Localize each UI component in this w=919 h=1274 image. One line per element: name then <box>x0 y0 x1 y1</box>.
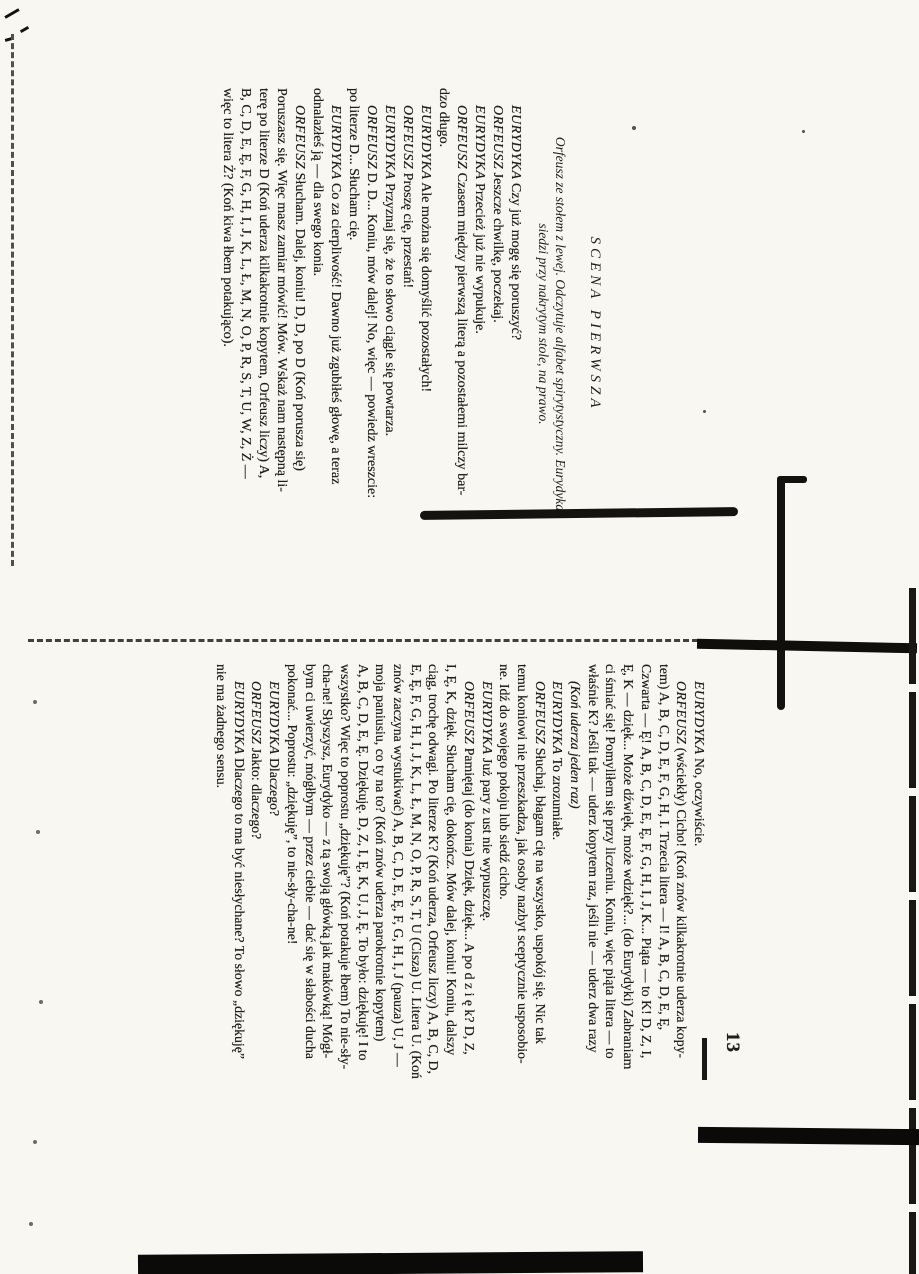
script-line: terę po literze D (Koń uderza kilkakrotn… <box>254 88 272 560</box>
scan-artifact-corner-mark <box>777 476 785 710</box>
script-line: pokonać... Poprostu: „dziękuję”, to nie-… <box>283 664 301 1146</box>
script-line: ORFEUSZ Proszę cię, przestań! <box>398 88 416 560</box>
page-1-block: SCENA PIERWSZA Orfeusz ze stołem z lewej… <box>218 88 603 560</box>
script-line: A, B, C, D, E, Ę. Dziękuję. D, Z, I, Ę, … <box>354 664 372 1146</box>
scan-artifact-dot <box>33 1140 37 1144</box>
scan-artifact-page-edge-bar <box>138 1251 643 1274</box>
script-line: ORFEUSZ (wściekły) Cicho! (Koń znów kilk… <box>673 664 691 1146</box>
speaker-name: ORFEUSZ <box>462 681 477 744</box>
script-line: ORFEUSZ Czasem między pierwszą literą a … <box>452 88 470 560</box>
script-line: Ę, K — dzięk... Może dźwięk, może wdzięk… <box>619 664 637 1146</box>
speaker-name: ORFEUSZ <box>292 105 307 169</box>
script-line: EURYDYKA Dlaczego to ma być niesłychane?… <box>230 664 248 1146</box>
page-2-block: 13 EURYDYKA No, oczywiście.ORFEUSZ (wści… <box>212 664 743 1146</box>
scan-artifact-dot <box>33 700 37 704</box>
scan-artifact-dot <box>39 1000 43 1004</box>
speaker-name: EURYDYKA <box>267 681 282 755</box>
script-line: EURYDYKA Dlaczego? <box>265 664 283 1146</box>
scan-artifact-margin-dashed-line <box>11 34 14 566</box>
speaker-name: ORFEUSZ <box>490 105 505 169</box>
script-line: ORFEUSZ D. D... Koniu, mów dalej! No, wi… <box>362 88 380 560</box>
speaker-name: ORFEUSZ <box>364 105 379 169</box>
script-line: cha-ne! Słyszysz, Eurydyko — z tą swoją … <box>319 664 337 1146</box>
scan-artifact-speck <box>632 126 636 130</box>
speaker-name: EURYDYKA <box>472 105 487 180</box>
page-2-lines: EURYDYKA No, oczywiście.ORFEUSZ (wściekł… <box>212 664 708 1146</box>
script-line: ORFEUSZ Słucham. Dalej, koniu! D, D, po … <box>290 88 308 560</box>
speaker-name: EURYDYKA <box>692 681 707 755</box>
script-line: więc to litera Ż? (Koń kiwa łbem potakuj… <box>218 88 236 560</box>
script-line: EURYDYKA Co za cierpliwość! Dawno już zg… <box>326 88 344 560</box>
script-line: Poruszasz się. Więc masz zamiar mówić! M… <box>272 88 290 560</box>
script-line: I, Ę, K, dzięk. Słucham cię, dokończ. Mó… <box>442 664 460 1146</box>
script-line: B, C, D, E, Ę, F, G, H, I, J, K, L, Ł, M… <box>236 88 254 560</box>
script-line: bym ci uwierzyć, mógłbym — przez ciebie … <box>301 664 319 1146</box>
scanned-book-page: SCENA PIERWSZA Orfeusz ze stołem z lewej… <box>0 0 919 1274</box>
speaker-name: ORFEUSZ <box>674 681 689 744</box>
scan-artifact-page-edge-bar <box>909 588 916 1274</box>
script-line: ORFEUSZ Jeszcze chwilkę, poczekaj. <box>488 88 506 560</box>
speaker-name: ORFEUSZ <box>533 681 548 744</box>
script-line: EURYDYKA Czy już mogę się poruszyć? <box>506 88 524 560</box>
script-line: temu koniowi nie przeszkadza, jak osoby … <box>513 664 531 1146</box>
speaker-name: EURYDYKA <box>508 105 523 180</box>
script-line: Czwarta — Ę! A, B, C, D, E, Ę, F, G, H, … <box>637 664 655 1146</box>
script-line: EURYDYKA Przecież już nie wypukuje. <box>470 88 488 560</box>
scan-artifact-corner-mark <box>777 476 807 483</box>
script-line: EURYDYKA Ale można się domyślić pozostał… <box>416 88 434 560</box>
script-line: odnalazłeś ją — dla swego konia. <box>308 88 326 560</box>
script-line: ORFEUSZ Pamiętaj (do konia) Dzięk, dzięk… <box>460 664 478 1146</box>
stage-direction-line: siedzi przy nakrytym stole, na prawo. <box>535 88 552 560</box>
scan-artifact-speck <box>802 130 805 133</box>
scan-artifact-dot <box>36 830 40 834</box>
speaker-name: EURYDYKA <box>328 105 343 180</box>
scan-artifact-speck <box>703 410 706 413</box>
script-line: ORFEUSZ Jakto: dlaczego? <box>248 664 266 1146</box>
script-line: EURYDYKA Przyznaj się, że to słowo ciągl… <box>380 88 398 560</box>
page-1-lines: EURYDYKA Czy już mogę się poruszyć?ORFEU… <box>218 88 524 560</box>
script-line: nie ma żadnego sensu. <box>212 664 230 1146</box>
script-line: moja paniusiu, co ty na to? (Koń znów ud… <box>372 664 390 1146</box>
scan-artifact-fold-dashed-line <box>28 639 698 642</box>
speaker-name: ORFEUSZ <box>454 105 469 169</box>
script-line: ne. Idź do swojego pokoju lub siedź cich… <box>496 664 514 1146</box>
stage-directions: Orfeusz ze stołem z lewej. Odczytuje alf… <box>535 88 569 560</box>
speaker-name: EURYDYKA <box>232 681 247 755</box>
script-line: dzo długo. <box>434 88 452 560</box>
script-line: EURYDYKA Już pary z ust nie wypuszczę. <box>478 664 496 1146</box>
scan-artifact-dot <box>29 1222 33 1226</box>
scan-artifact-page-edge-bar <box>698 1127 919 1145</box>
speaker-name: EURYDYKA <box>480 681 495 755</box>
script-line: po literze D... Słucham cię. <box>344 88 362 560</box>
speaker-name: EURYDYKA <box>418 105 433 180</box>
script-line: znów zaczyna wystukiwać) A, B, C, D, E, … <box>389 664 407 1146</box>
script-line: ciąg, trochę odwagi. Po literze K? (Koń … <box>425 664 443 1146</box>
stage-direction-line: Orfeusz ze stołem z lewej. Odczytuje alf… <box>552 88 569 560</box>
script-line: właśnie K? Jeśli tak — uderz kopytem raz… <box>584 664 602 1146</box>
speaker-name: ORFEUSZ <box>400 105 415 169</box>
scene-heading: SCENA PIERWSZA <box>586 88 603 560</box>
speaker-name: EURYDYKA <box>382 105 397 180</box>
script-line: ORFEUSZ Słuchaj, błagam cię na wszystko,… <box>531 664 549 1146</box>
speaker-name: ORFEUSZ <box>249 681 264 744</box>
script-line: wszystko? Więc to poprostu „dziękuję”? (… <box>336 664 354 1146</box>
script-line: ci śmiać się! Pomyliłem się przy liczeni… <box>602 664 620 1146</box>
script-line: tem) A, B, C, D, E, F, G, H, I. Trzecia … <box>655 664 673 1146</box>
scan-artifact-tick <box>702 1038 707 1080</box>
script-line: EURYDYKA To zrozumiałe. <box>549 664 567 1146</box>
script-line: (Koń uderza jeden raz) <box>566 664 584 1146</box>
script-line: E, Ę, F, G, H, I, J, K, L, Ł, M, N, O, P… <box>407 664 425 1146</box>
speaker-name: EURYDYKA <box>550 681 565 755</box>
